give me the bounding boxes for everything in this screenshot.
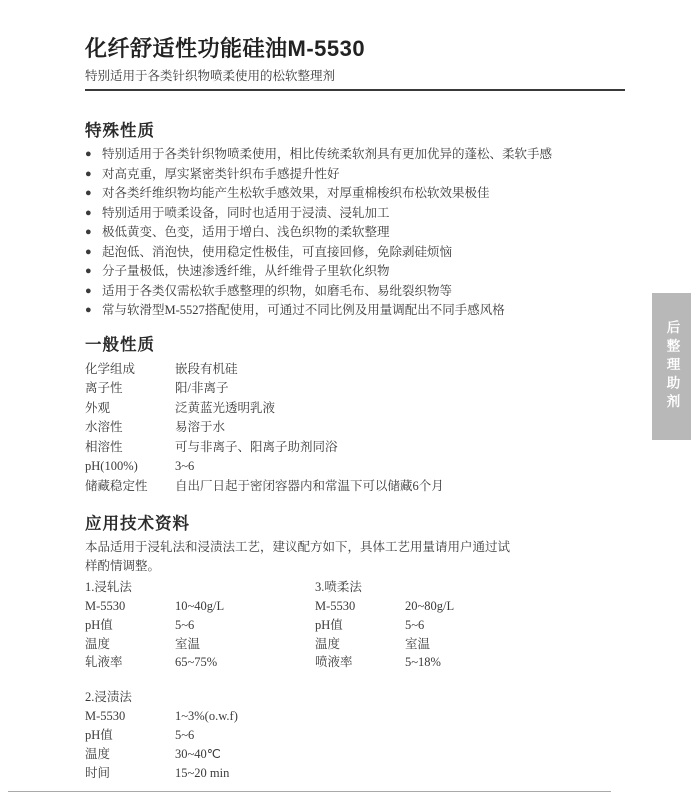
property-label: 储藏稳定性 [85,477,175,497]
bullet-text: 特别适用于喷柔设备，同时也适用于浸渍、浸轧加工 [102,204,390,224]
method-value: 15~20 min [175,764,625,783]
method-dip: 2.浸渍法 M-55301~3%(o.w.f) pH值5~6 温度30~40℃ … [85,688,625,782]
method-title: 3.喷柔法 [315,578,625,597]
bullet-text: 对各类纤维织物均能产生松软手感效果，对厚重棉梭织布松软效果极佳 [102,184,490,204]
method-value: 5~18% [405,653,625,672]
method-row: 温度30~40℃ [85,745,625,764]
method-label: M-5530 [315,597,405,616]
method-label: M-5530 [85,597,175,616]
bullet-icon: ● [85,184,102,204]
property-label: pH(100%) [85,457,175,477]
property-label: 相溶性 [85,438,175,458]
bullet-icon: ● [85,204,102,224]
bullet-text: 起泡低、消泡快，使用稳定性极佳，可直接回修，免除剥硅烦恼 [102,243,452,263]
method-value: 5~6 [405,616,625,635]
property-row: 外观泛黄蓝光透明乳液 [85,399,625,419]
method-label: 喷液率 [315,653,405,672]
method-label: 温度 [85,745,175,764]
bullet-item: ●分子量极低，快速渗透纤维，从纤维骨子里软化织物 [85,262,625,282]
general-properties-heading: 一般性质 [85,335,625,355]
method-spray: 3.喷柔法 M-553020~80g/L pH值5~6 温度室温 喷液率5~18… [315,578,625,672]
method-row: pH值5~6 [315,616,625,635]
method-row: M-553020~80g/L [315,597,625,616]
bullet-text: 分子量极低，快速渗透纤维，从纤维骨子里软化织物 [102,262,390,282]
category-side-tab: 后整理助剂 [652,293,691,440]
property-label: 外观 [85,399,175,419]
footer-divider [8,791,611,792]
property-value: 嵌段有机硅 [175,360,625,380]
bullet-item: ●对各类纤维织物均能产生松软手感效果，对厚重棉梭织布松软效果极佳 [85,184,625,204]
method-label: pH值 [85,726,175,745]
property-label: 化学组成 [85,360,175,380]
method-pad: 1.浸轧法 M-553010~40g/L pH值5~6 温度室温 轧液率65~7… [85,578,315,672]
bullet-item: ●对高克重，厚实紧密类针织布手感提升性好 [85,165,625,185]
general-properties-table: 化学组成嵌段有机硅 离子性阳/非离子 外观泛黄蓝光透明乳液 水溶性易溶于水 相溶… [85,360,625,497]
property-row: 化学组成嵌段有机硅 [85,360,625,380]
method-title: 1.浸轧法 [85,578,315,597]
method-value: 室温 [175,635,315,654]
bullet-text: 特别适用于各类针织物喷柔使用，相比传统柔软剂具有更加优异的蓬松、柔软手感 [102,145,552,165]
method-row: 温度室温 [315,635,625,654]
method-label: 时间 [85,764,175,783]
property-value: 易溶于水 [175,418,625,438]
bullet-text: 常与软滑型M-5527搭配使用，可通过不同比例及用量调配出不同手感风格 [102,301,505,321]
method-label: pH值 [85,616,175,635]
datasheet-page: 化纤舒适性功能硅油M-5530 特别适用于各类针织物喷柔使用的松软整理剂 特殊性… [0,0,691,799]
method-row: 时间15~20 min [85,764,625,783]
bullet-text: 极低黄变、色变，适用于增白、浅色织物的柔软整理 [102,223,390,243]
method-row: pH值5~6 [85,726,625,745]
method-label: pH值 [315,616,405,635]
property-label: 离子性 [85,379,175,399]
bullet-text: 对高克重，厚实紧密类针织布手感提升性好 [102,165,340,185]
special-properties-heading: 特殊性质 [85,121,625,141]
page-subtitle: 特别适用于各类针织物喷柔使用的松软整理剂 [85,69,625,91]
property-row: 离子性阳/非离子 [85,379,625,399]
bullet-icon: ● [85,145,102,165]
property-row: pH(100%)3~6 [85,457,625,477]
method-value: 20~80g/L [405,597,625,616]
method-value: 5~6 [175,726,625,745]
method-row: M-55301~3%(o.w.f) [85,707,625,726]
bullet-icon: ● [85,262,102,282]
bullet-icon: ● [85,165,102,185]
method-value: 30~40℃ [175,745,625,764]
property-row: 水溶性易溶于水 [85,418,625,438]
bullet-icon: ● [85,243,102,263]
method-value: 室温 [405,635,625,654]
method-row: 喷液率5~18% [315,653,625,672]
page-content: 化纤舒适性功能硅油M-5530 特别适用于各类针织物喷柔使用的松软整理剂 特殊性… [85,0,625,782]
method-value: 65~75% [175,653,315,672]
method-title: 2.浸渍法 [85,688,625,707]
method-value: 10~40g/L [175,597,315,616]
bullet-item: ●起泡低、消泡快，使用稳定性极佳，可直接回修，免除剥硅烦恼 [85,243,625,263]
section-general-properties: 一般性质 化学组成嵌段有机硅 离子性阳/非离子 外观泛黄蓝光透明乳液 水溶性易溶… [85,335,625,497]
bullet-text: 适用于各类仅需松软手感整理的织物，如磨毛布、易纰裂织物等 [102,282,452,302]
method-row: pH值5~6 [85,616,315,635]
application-intro: 本品适用于浸轧法和浸渍法工艺，建议配方如下，具体工艺用量请用户通过试样酌情调整。 [85,538,517,576]
bullet-item: ●常与软滑型M-5527搭配使用，可通过不同比例及用量调配出不同手感风格 [85,301,625,321]
page-title: 化纤舒适性功能硅油M-5530 [85,36,625,62]
property-row: 储藏稳定性自出厂日起于密闭容器内和常温下可以储藏6个月 [85,477,625,497]
method-label: 温度 [85,635,175,654]
methods-row-upper: 1.浸轧法 M-553010~40g/L pH值5~6 温度室温 轧液率65~7… [85,578,625,672]
category-side-tab-label: 后整理助剂 [662,320,682,413]
section-application-data: 应用技术资料 本品适用于浸轧法和浸渍法工艺，建议配方如下，具体工艺用量请用户通过… [85,514,625,782]
method-label: 温度 [315,635,405,654]
property-label: 水溶性 [85,418,175,438]
method-row: 温度室温 [85,635,315,654]
bullet-item: ●适用于各类仅需松软手感整理的织物，如磨毛布、易纰裂织物等 [85,282,625,302]
section-special-properties: 特殊性质 ●特别适用于各类针织物喷柔使用，相比传统柔软剂具有更加优异的蓬松、柔软… [85,121,625,321]
bullet-icon: ● [85,301,102,321]
method-row: 轧液率65~75% [85,653,315,672]
bullet-item: ●特别适用于各类针织物喷柔使用，相比传统柔软剂具有更加优异的蓬松、柔软手感 [85,145,625,165]
special-properties-list: ●特别适用于各类针织物喷柔使用，相比传统柔软剂具有更加优异的蓬松、柔软手感 ●对… [85,145,625,321]
bullet-item: ●特别适用于喷柔设备，同时也适用于浸渍、浸轧加工 [85,204,625,224]
property-value: 自出厂日起于密闭容器内和常温下可以储藏6个月 [175,477,625,497]
property-value: 泛黄蓝光透明乳液 [175,399,625,419]
property-value: 阳/非离子 [175,379,625,399]
bullet-item: ●极低黄变、色变，适用于增白、浅色织物的柔软整理 [85,223,625,243]
method-label: M-5530 [85,707,175,726]
property-value: 可与非离子、阳离子助剂同浴 [175,438,625,458]
property-value: 3~6 [175,457,625,477]
method-row: M-553010~40g/L [85,597,315,616]
bullet-icon: ● [85,223,102,243]
property-row: 相溶性可与非离子、阳离子助剂同浴 [85,438,625,458]
method-label: 轧液率 [85,653,175,672]
application-data-heading: 应用技术资料 [85,514,625,534]
method-value: 5~6 [175,616,315,635]
bullet-icon: ● [85,282,102,302]
method-value: 1~3%(o.w.f) [175,707,625,726]
